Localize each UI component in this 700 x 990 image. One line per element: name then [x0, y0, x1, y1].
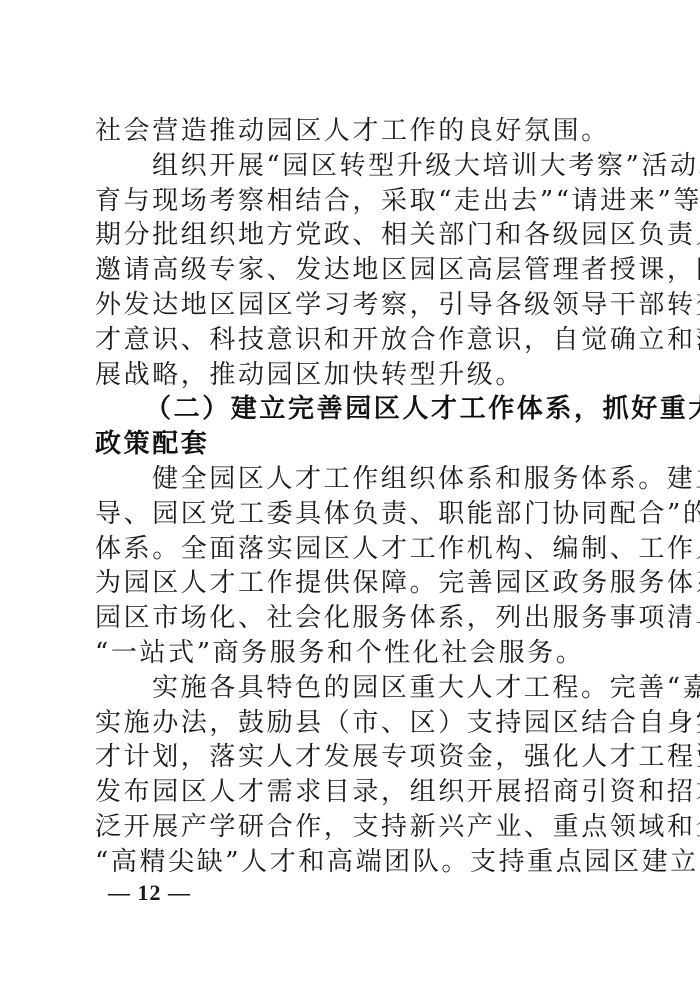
body-line-21: 泛开展产学研合作，支持新兴产业、重点领域和企业引进海内外	[95, 810, 625, 845]
body-line-19: 才计划，落实人才发展专项资金，强化人才工程资金保障。定期	[95, 740, 625, 775]
paragraph-start-line: 健全园区人才工作组织体系和服务体系。建立“党委统一领	[95, 462, 625, 497]
body-line-7: 才意识、科技意识和开放合作意识，自觉确立和落实人才优先发	[95, 323, 625, 358]
body-line-15: 园区市场化、社会化服务体系，列出服务事项清单，为人才提供	[95, 601, 625, 636]
body-line-22: “高精尖缺”人才和高端团队。支持重点园区建立“高端决策智	[95, 845, 625, 880]
body-line-5: 邀请高级专家、发达地区园区高层管理者授课，同时组织到省内	[95, 253, 625, 288]
body-line-1: 社会营造推动园区人才工作的良好氛围。	[95, 114, 625, 149]
document-body: 社会营造推动园区人才工作的良好氛围。 组织开展“园区转型升级大培训大考察”活动。…	[95, 114, 625, 880]
body-line-6: 外发达地区园区学习考察，引导各级领导干部转变观念，增强人	[95, 288, 625, 323]
section-heading-line-1: （二）建立完善园区人才工作体系，抓好重大人才工程及其	[95, 392, 625, 427]
body-line-13: 体系。全面落实园区人才工作机构、编制、工作人员、业务经费，	[95, 532, 625, 567]
body-line-8: 展战略，推动园区加快转型升级。	[95, 358, 625, 393]
body-line-12: 导、园区党工委具体负责、职能部门协同配合”的园区人才工作	[95, 497, 625, 532]
body-line-14: 为园区人才工作提供保障。完善园区政务服务体系，逐步建立起	[95, 566, 625, 601]
page-number: — 12 —	[108, 880, 191, 906]
body-line-20: 发布园区人才需求目录，组织开展招商引资和招才引智活动，广	[95, 775, 625, 810]
body-line-3: 育与现场考察相结合，采取“走出去”“请进来”等方式，每年分	[95, 184, 625, 219]
body-line-18: 实施办法，鼓励县（市、区）支持园区结合自身实际出台特色引	[95, 706, 625, 741]
section-heading-line-2: 政策配套	[95, 427, 625, 462]
paragraph-start-line: 组织开展“园区转型升级大培训大考察”活动。坚持课堂教	[95, 149, 625, 184]
document-page: 社会营造推动园区人才工作的良好氛围。 组织开展“园区转型升级大培训大考察”活动。…	[0, 0, 700, 990]
body-line-16: “一站式”商务服务和个性化社会服务。	[95, 636, 625, 671]
body-line-4: 期分批组织地方党政、相关部门和各级园区负责人开展专题培训，	[95, 218, 625, 253]
paragraph-start-line: 实施各具特色的园区重大人才工程。完善“嘉陵江英才工程”	[95, 671, 625, 706]
